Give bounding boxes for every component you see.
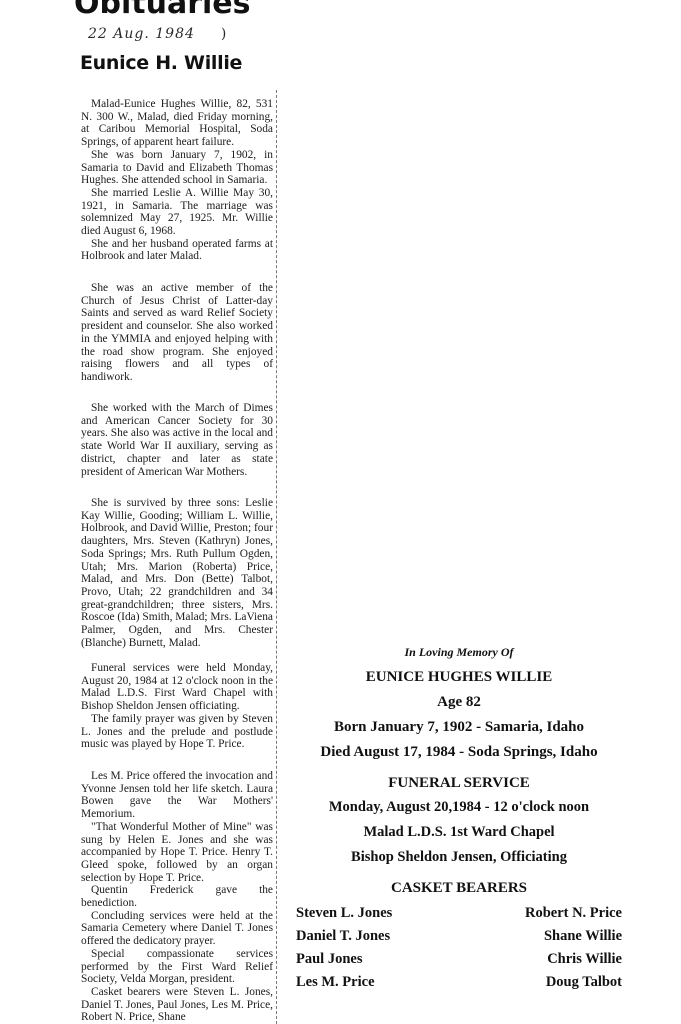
bearer-name: Daniel T. Jones	[296, 928, 459, 945]
memorial-intro: In Loving Memory Of	[296, 645, 622, 660]
memorial-age: Age 82	[296, 694, 622, 711]
memorial-died: Died August 17, 1984 - Soda Springs, Ida…	[296, 744, 622, 761]
memorial-born: Born January 7, 1902 - Samaria, Idaho	[296, 719, 622, 736]
article-block-4: She is survived by three sons: Leslie Ka…	[81, 497, 273, 649]
article-paragraph: She is survived by three sons: Leslie Ka…	[81, 497, 273, 649]
article-paragraph: Quentin Frederick gave the benediction.	[81, 884, 273, 909]
bearer-name: Chris Willie	[459, 951, 622, 968]
article-paragraph: She married Leslie A. Willie May 30, 192…	[81, 187, 273, 238]
article-paragraph: She was an active member of the Church o…	[81, 282, 273, 384]
bearers-heading: CASKET BEARERS	[296, 880, 622, 897]
bearer-name: Doug Talbot	[459, 974, 622, 991]
bearer-name: Les M. Price	[296, 974, 459, 991]
masthead: Obituaries	[74, 0, 250, 21]
handwritten-date-text: 22 Aug. 1984	[88, 26, 195, 42]
bearer-name: Steven L. Jones	[296, 905, 459, 922]
handwritten-mark: )	[221, 26, 227, 42]
memorial-card: In Loving Memory Of EUNICE HUGHES WILLIE…	[296, 645, 622, 991]
article-paragraph: She and her husband operated farms at Ho…	[81, 238, 273, 263]
bearer-name: Paul Jones	[296, 951, 459, 968]
article-paragraph: Funeral services were held Monday, Augus…	[81, 662, 273, 713]
bearer-name: Robert N. Price	[459, 905, 622, 922]
funeral-heading: FUNERAL SERVICE	[296, 775, 622, 792]
funeral-date: Monday, August 20,1984 - 12 o'clock noon	[296, 799, 622, 816]
article-paragraph: Concluding services were held at the Sam…	[81, 910, 273, 948]
article-paragraph: Casket bearers were Steven L. Jones, Dan…	[81, 986, 273, 1024]
handwritten-date: 22 Aug. 1984)	[88, 26, 227, 42]
memorial-name: EUNICE HUGHES WILLIE	[296, 669, 622, 686]
article-paragraph: Special compassionate services performed…	[81, 948, 273, 986]
article-block-5: Funeral services were held Monday, Augus…	[81, 662, 273, 751]
article-block-2: She was an active member of the Church o…	[81, 282, 273, 384]
funeral-officiant: Bishop Sheldon Jensen, Officiating	[296, 849, 622, 866]
article-paragraph: She was born January 7, 1902, in Samaria…	[81, 149, 273, 187]
column-rule	[276, 90, 277, 1024]
article-block-3: She worked with the March of Dimes and A…	[81, 402, 273, 478]
article-paragraph: Les M. Price offered the invocation and …	[81, 770, 273, 821]
funeral-place: Malad L.D.S. 1st Ward Chapel	[296, 824, 622, 841]
article-paragraph: Malad-Eunice Hughes Willie, 82, 531 N. 3…	[81, 98, 273, 149]
article-block-6: Les M. Price offered the invocation and …	[81, 770, 273, 1024]
article-paragraph: She worked with the March of Dimes and A…	[81, 402, 273, 478]
article-paragraph: "That Wonderful Mother of Mine" was sung…	[81, 821, 273, 885]
article-block-1: Malad-Eunice Hughes Willie, 82, 531 N. 3…	[81, 98, 273, 263]
article-paragraph: The family prayer was given by Steven L.…	[81, 713, 273, 751]
bearer-name: Shane Willie	[459, 928, 622, 945]
bearers-list: Steven L. Jones Robert N. Price Daniel T…	[296, 905, 622, 991]
obituary-headline: Eunice H. Willie	[80, 52, 242, 74]
